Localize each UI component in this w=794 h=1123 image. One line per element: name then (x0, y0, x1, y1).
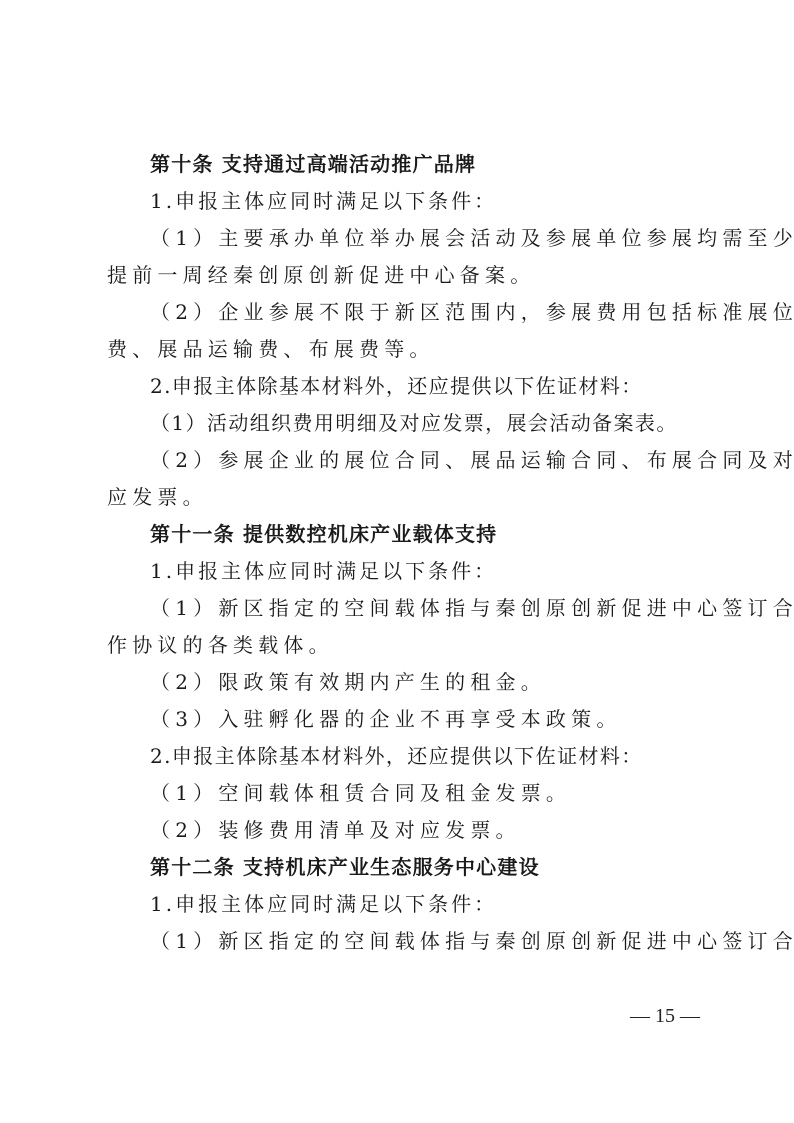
article-10-clause-2-2-cont: 应发票。 (107, 479, 694, 516)
article-10-heading: 第十条 支持通过高端活动推广品牌 (107, 146, 694, 183)
article-11-requirement-2: 2.申报主体除基本材料外，还应提供以下佐证材料： (107, 738, 694, 775)
article-10-requirement-1: 1.申报主体应同时满足以下条件： (107, 183, 694, 220)
article-11-clause-1-1: （1）新区指定的空间载体指与秦创原创新促进中心签订合 (107, 590, 694, 627)
article-11-heading: 第十一条 提供数控机床产业载体支持 (107, 516, 694, 553)
article-10-requirement-2: 2.申报主体除基本材料外，还应提供以下佐证材料： (107, 368, 694, 405)
article-10-clause-2-1: （1）活动组织费用明细及对应发票，展会活动备案表。 (107, 405, 694, 442)
article-11-requirement-1: 1.申报主体应同时满足以下条件： (107, 553, 694, 590)
article-11-clause-1-1-cont: 作协议的各类载体。 (107, 627, 694, 664)
article-12-requirement-1: 1.申报主体应同时满足以下条件： (107, 886, 694, 923)
document-page: 第十条 支持通过高端活动推广品牌 1.申报主体应同时满足以下条件： （1）主要承… (0, 0, 794, 1123)
document-body: 第十条 支持通过高端活动推广品牌 1.申报主体应同时满足以下条件： （1）主要承… (107, 146, 694, 960)
article-12-clause-1-1: （1）新区指定的空间载体指与秦创原创新促进中心签订合 (107, 923, 694, 960)
page-number: — 15 — (620, 1005, 700, 1028)
article-10-clause-1-2: （2）企业参展不限于新区范围内，参展费用包括标准展位 (107, 294, 694, 331)
article-11-clause-1-3: （3）入驻孵化器的企业不再享受本政策。 (107, 701, 694, 738)
article-10-clause-1-2-cont: 费、展品运输费、布展费等。 (107, 331, 694, 368)
article-11-clause-2-2: （2）装修费用清单及对应发票。 (107, 812, 694, 849)
article-11-clause-2-1: （1）空间载体租赁合同及租金发票。 (107, 775, 694, 812)
article-10-clause-2-2: （2）参展企业的展位合同、展品运输合同、布展合同及对 (107, 442, 694, 479)
article-10-clause-1-1-cont: 提前一周经秦创原创新促进中心备案。 (107, 257, 694, 294)
article-11-clause-1-2: （2）限政策有效期内产生的租金。 (107, 664, 694, 701)
article-10-clause-1-1: （1）主要承办单位举办展会活动及参展单位参展均需至少 (107, 220, 694, 257)
article-12-heading: 第十二条 支持机床产业生态服务中心建设 (107, 849, 694, 886)
